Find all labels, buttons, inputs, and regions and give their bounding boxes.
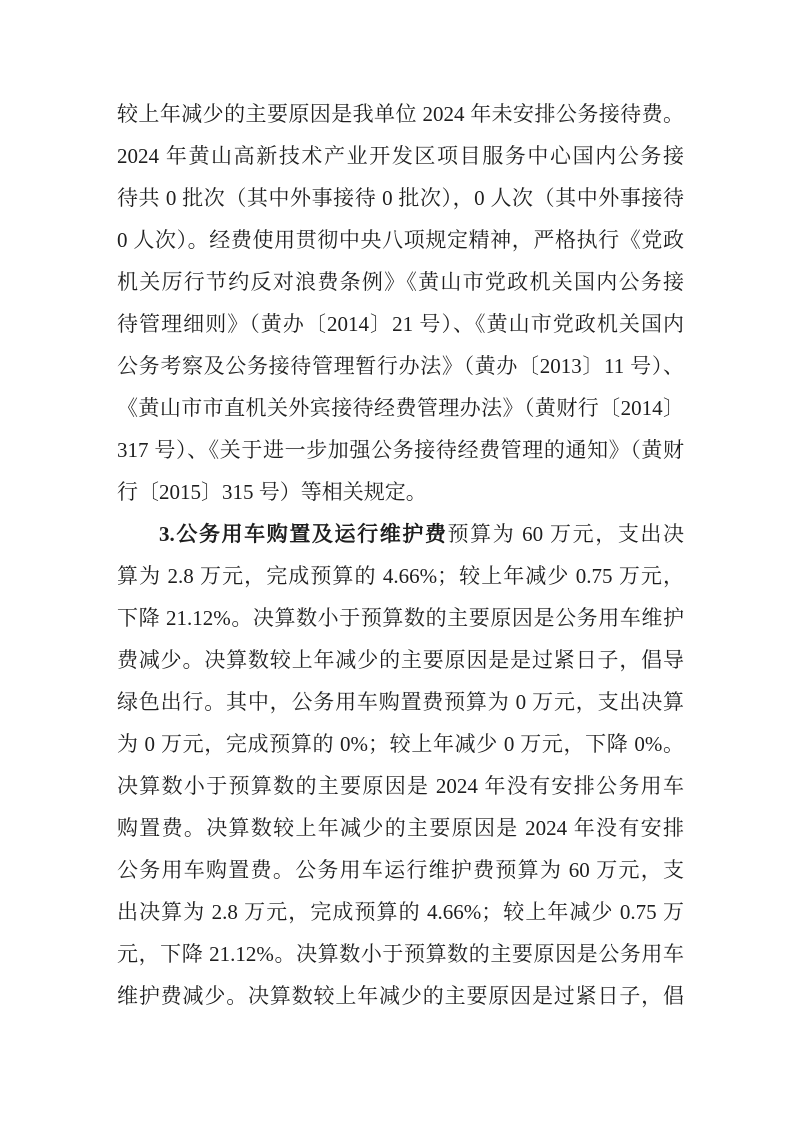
document-text-block: 较上年减少的主要原因是我单位 2024 年未安排公务接待费。 2024 年黄山高… bbox=[117, 93, 684, 1017]
text-line: 购置费。决算数较上年减少的主要原因是 2024 年没有安排 bbox=[117, 807, 684, 849]
text-line: 下降 21.12%。决算数小于预算数的主要原因是公务用车维护 bbox=[117, 597, 684, 639]
section-heading-rest: 预算为 60 万元，支出决 bbox=[448, 522, 684, 546]
text-line: 费减少。决算数较上年减少的主要原因是是过紧日子，倡导 bbox=[117, 639, 684, 681]
text-line: 待管理细则》（黄办〔2014〕21 号）、《黄山市党政机关国内 bbox=[117, 303, 684, 345]
text-line: 待共 0 批次（其中外事接待 0 批次），0 人次（其中外事接待 bbox=[117, 177, 684, 219]
text-line: 元，下降 21.12%。决算数小于预算数的主要原因是公务用车 bbox=[117, 933, 684, 975]
text-line: 公务考察及公务接待管理暂行办法》（黄办〔2013〕11 号）、 bbox=[117, 345, 684, 387]
text-line: 绿色出行。其中，公务用车购置费预算为 0 万元，支出决算 bbox=[117, 681, 684, 723]
text-line: 为 0 万元，完成预算的 0%；较上年减少 0 万元，下降 0%。 bbox=[117, 723, 684, 765]
text-line: 出决算为 2.8 万元，完成预算的 4.66%；较上年减少 0.75 万 bbox=[117, 891, 684, 933]
text-line: 机关厉行节约反对浪费条例》《黄山市党政机关国内公务接 bbox=[117, 261, 684, 303]
text-line: 算为 2.8 万元，完成预算的 4.66%；较上年减少 0.75 万元， bbox=[117, 555, 684, 597]
document-page: 较上年减少的主要原因是我单位 2024 年未安排公务接待费。 2024 年黄山高… bbox=[0, 0, 793, 1122]
text-line: 317 号）、《关于进一步加强公务接待经费管理的通知》（黄财 bbox=[117, 429, 684, 471]
text-line-section-heading: 3.公务用车购置及运行维护费预算为 60 万元，支出决 bbox=[117, 513, 684, 555]
text-line: 2024 年黄山高新技术产业开发区项目服务中心国内公务接 bbox=[117, 135, 684, 177]
text-line: 决算数小于预算数的主要原因是 2024 年没有安排公务用车 bbox=[117, 765, 684, 807]
text-line: 较上年减少的主要原因是我单位 2024 年未安排公务接待费。 bbox=[117, 93, 684, 135]
text-line-paragraph-end: 行〔2015〕315 号）等相关规定。 bbox=[117, 471, 684, 513]
text-line: 0 人次）。经费使用贯彻中央八项规定精神，严格执行《党政 bbox=[117, 219, 684, 261]
text-line: 维护费减少。决算数较上年减少的主要原因是过紧日子，倡 bbox=[117, 975, 684, 1017]
section-heading-bold: 3.公务用车购置及运行维护费 bbox=[159, 522, 448, 546]
text-line: 公务用车购置费。公务用车运行维护费预算为 60 万元，支 bbox=[117, 849, 684, 891]
text-line: 《黄山市市直机关外宾接待经费管理办法》（黄财行〔2014〕 bbox=[117, 387, 684, 429]
